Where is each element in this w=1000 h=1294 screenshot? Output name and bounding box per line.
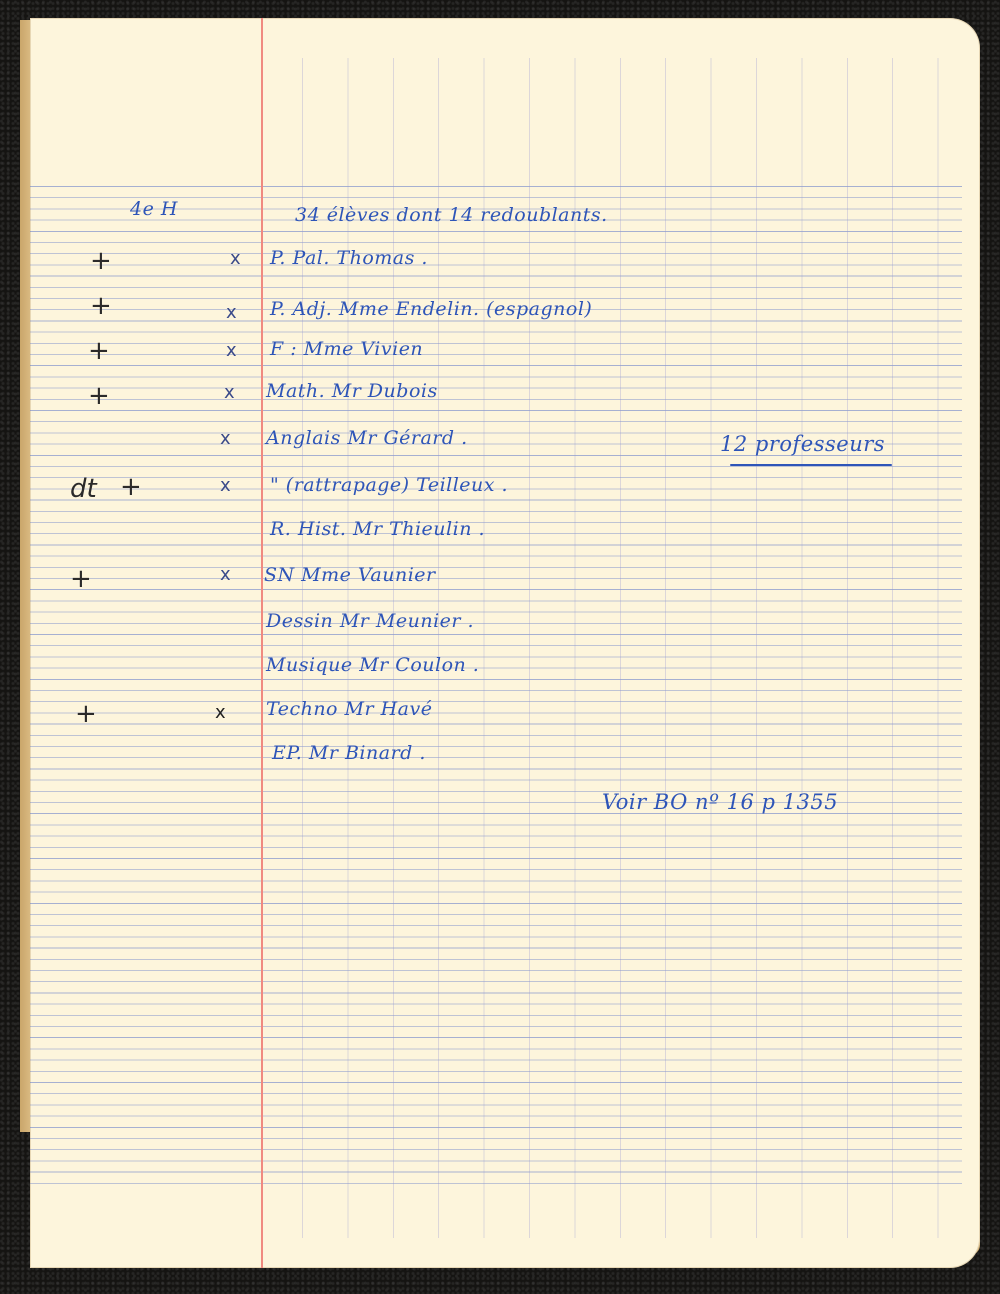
teacher-entry: P. Pal. Thomas . xyxy=(270,247,428,269)
reference-note: Voir BO nº 16 p 1355 xyxy=(602,790,838,814)
teacher-entry: Math. Mr Dubois xyxy=(266,380,438,402)
pencil-cross-mark: + xyxy=(90,293,112,319)
teacher-entry: Anglais Mr Gérard . xyxy=(266,427,468,449)
pencil-cross-mark: + xyxy=(75,701,97,727)
check-x-mark: x xyxy=(215,704,226,722)
check-x-mark: x xyxy=(230,250,241,268)
teacher-entry: SN Mme Vaunier xyxy=(264,564,436,586)
teacher-count-note: 12 professeurs xyxy=(720,432,885,456)
teacher-entry: Dessin Mr Meunier . xyxy=(266,610,474,632)
teacher-entry: P. Adj. Mme Endelin. (espagnol) xyxy=(270,298,592,320)
check-x-mark: x xyxy=(220,566,231,584)
check-x-mark: x xyxy=(220,430,231,448)
margin-line xyxy=(261,18,263,1268)
pencil-cross-mark: + xyxy=(88,383,110,409)
teacher-entry: Musique Mr Coulon . xyxy=(266,654,479,676)
teacher-entry: " (rattrapage) Teilleux . xyxy=(270,474,508,496)
check-x-mark: x xyxy=(224,384,235,402)
pencil-cross-mark: + xyxy=(70,566,92,592)
teacher-entry: Techno Mr Havé xyxy=(266,698,433,720)
pencil-cross-mark: + xyxy=(120,474,142,500)
students-note: 34 élèves dont 14 redoublants. xyxy=(295,204,608,226)
pencil-cross-mark: + xyxy=(90,248,112,274)
notebook-page: 4e H 34 élèves dont 14 redoublants. + + … xyxy=(30,18,980,1268)
check-x-mark: x xyxy=(220,477,231,495)
check-x-mark: x xyxy=(226,342,237,360)
teacher-entry: EP. Mr Binard . xyxy=(272,742,426,764)
pencil-scribble: dt xyxy=(70,476,97,502)
teacher-entry: R. Hist. Mr Thieulin . xyxy=(270,518,485,540)
vertical-ruling xyxy=(302,58,962,1238)
class-label: 4e H xyxy=(130,198,178,220)
teacher-entry: F : Mme Vivien xyxy=(270,338,423,360)
pencil-cross-mark: + xyxy=(88,338,110,364)
check-x-mark: x xyxy=(226,304,237,322)
teacher-count-underline xyxy=(730,464,892,466)
